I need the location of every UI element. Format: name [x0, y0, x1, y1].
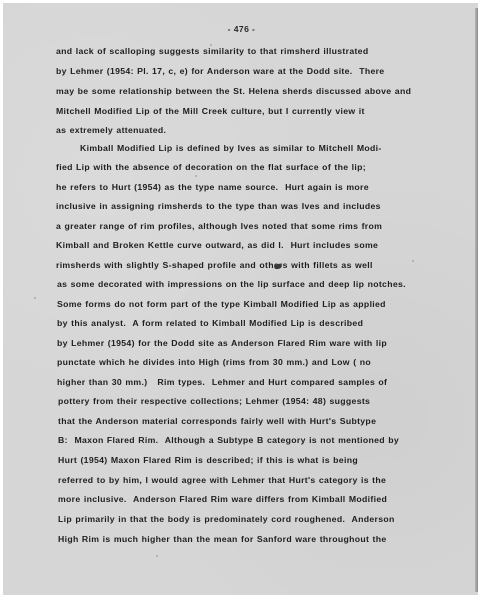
text-line: that the Anderson material corresponds f…	[58, 415, 376, 427]
text-line: Hurt (1954) Maxon Flared Rim is describe…	[58, 454, 358, 466]
paper-speck	[412, 260, 414, 262]
text-line: Lip primarily in that the body is predom…	[58, 513, 395, 525]
text-line: referred to by him, I would agree with L…	[58, 474, 386, 486]
text-line: by Lehmer (1954) for the Dodd site as An…	[57, 337, 387, 349]
text-line: Some forms do not form part of the type …	[57, 298, 386, 310]
paper-speck	[210, 44, 212, 46]
text-line: as extremely attenuated.	[56, 124, 166, 136]
text-line: he refers to Hurt (1954) as the type nam…	[56, 181, 369, 193]
paper-speck	[156, 555, 158, 557]
text-line: Kimball and Broken Kettle curve outward,…	[56, 239, 378, 251]
text-line: by Lehmer (1954: Pl. 17, c, e) for Ander…	[56, 65, 384, 77]
text-line: a greater range of rim profiles, althoug…	[56, 220, 382, 232]
text-line: pottery from their respective collection…	[58, 395, 370, 407]
page-edge-shadow	[475, 8, 478, 592]
text-line: Mitchell Modified Lip of the Mill Creek …	[56, 105, 365, 117]
text-line: and lack of scalloping suggests similari…	[56, 45, 368, 57]
paper-speck	[195, 175, 197, 177]
text-line: more inclusive. Anderson Flared Rim ware…	[58, 493, 387, 505]
text-line: higher than 30 mm.) Rim types. Lehmer an…	[57, 376, 387, 388]
page-number: - 476 -	[0, 24, 483, 34]
text-line: may be some relationship between the St.…	[56, 85, 411, 97]
text-line: fied Lip with the absence of decoration …	[56, 161, 366, 173]
paper-speck	[34, 297, 36, 299]
text-line: as some decorated with impressions on th…	[57, 278, 406, 290]
text-line: punctate which he divides into High (rim…	[57, 356, 371, 368]
text-line: High Rim is much higher than the mean fo…	[58, 533, 387, 545]
text-line: Kimball Modified Lip is defined by Ives …	[80, 142, 382, 154]
text-line: B: Maxon Flared Rim. Although a Subtype …	[58, 434, 399, 446]
text-line: by this analyst. A form related to Kimba…	[57, 317, 363, 329]
text-line: rimsherds with slightly S-shaped profile…	[56, 259, 373, 271]
text-line: inclusive in assigning rimsherds to the …	[56, 200, 381, 212]
